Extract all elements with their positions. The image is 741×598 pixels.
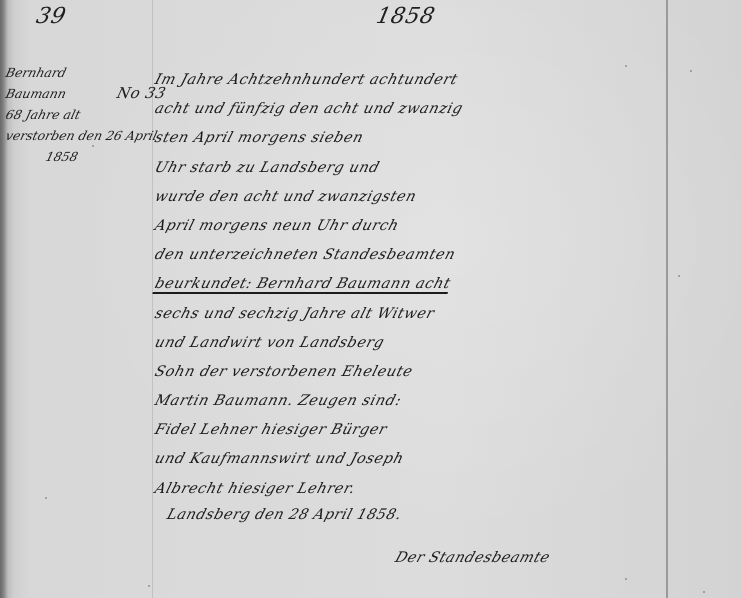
page-number: 39 [34,4,68,29]
body-line: sechs und sechzig Jahre alt Witwer [151,300,669,329]
body-line: Martin Baumann. Zeugen sind: [151,387,669,416]
body-line-underlined-name: beurkundet: Bernhard Baumann acht [151,270,669,299]
body-line: Uhr starb zu Landsberg und [151,154,669,183]
margin-note-line: verstorben den 26 April [3,125,158,146]
body-line: Albrecht hiesiger Lehrer. [151,475,669,504]
margin-note-line: 1858 [3,146,158,167]
margin-note: Bernhard Baumann 68 Jahre alt verstorben… [6,62,156,167]
year-header: 1858 [374,4,437,29]
body-line: und Landwirt von Landsberg [151,329,669,358]
entry-body: Im Jahre Achtzehnhundert achtundert acht… [155,66,665,504]
body-line: sten April morgens sieben [151,124,669,153]
register-page: 39 1858 Bernhard Baumann 68 Jahre alt ve… [0,0,741,598]
registrar-signature: Der Standesbeamte [393,550,552,566]
margin-rule-right [666,0,668,598]
body-line: Im Jahre Achtzehnhundert achtundert [151,66,669,95]
body-line: und Kaufmannswirt und Joseph [151,445,669,474]
body-line: den unterzeichneten Standesbeamten [151,241,669,270]
body-line: acht und fünfzig den acht und zwanzig [151,95,669,124]
body-line: April morgens neun Uhr durch [151,212,669,241]
margin-note-line: Bernhard [3,62,158,83]
body-line: Fidel Lehner hiesiger Bürger [151,416,669,445]
place-date-line: Landsberg den 28 April 1858. [165,507,404,523]
body-line: Sohn der verstorbenen Eheleute [151,358,669,387]
body-line: wurde den acht und zwanzigsten [151,183,669,212]
margin-note-line: 68 Jahre alt [3,104,158,125]
